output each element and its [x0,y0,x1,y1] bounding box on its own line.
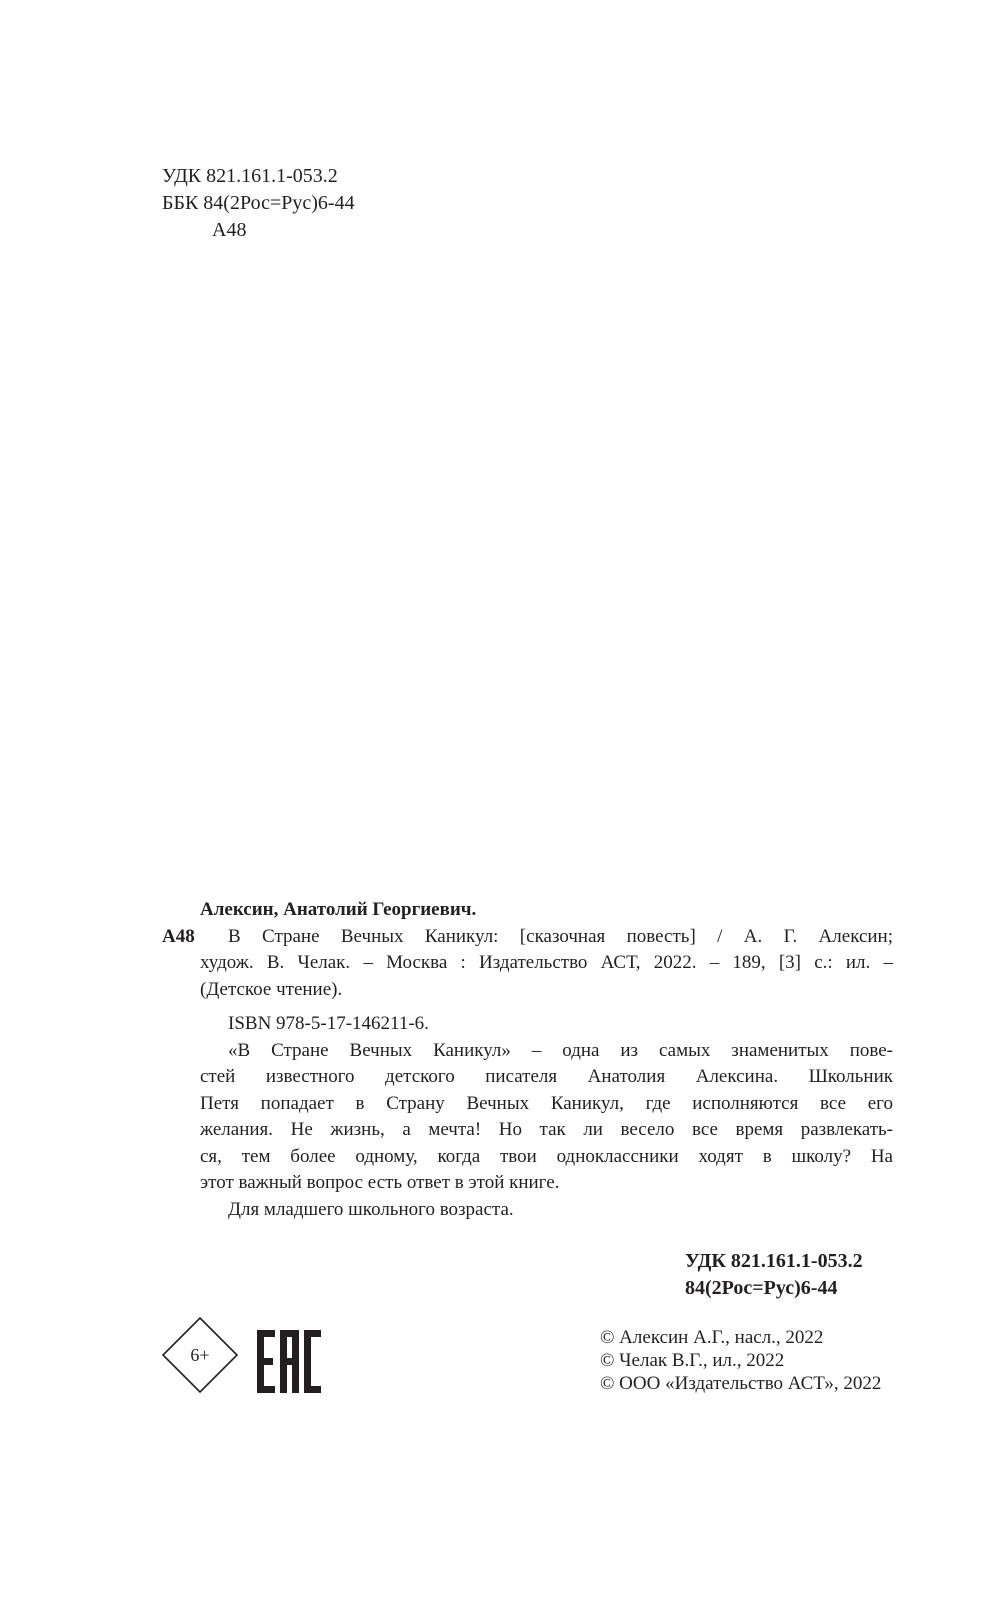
audience-note: Для младшего школьного возраста. [162,1197,893,1224]
classification-header: УДК 821.161.1-053.2 ББК 84(2Рос=Рус)6-44… [162,163,355,244]
annotation-line: Петя попадает в Страну Вечных Каникул, г… [200,1091,893,1118]
annotation-line: ся, тем более одному, когда твои однокла… [200,1144,893,1171]
udk-code-bottom: УДК 821.161.1-053.2 [685,1248,863,1275]
annotation-line: этот важный вопрос есть ответ в этой кни… [162,1170,893,1197]
author-mark: А48 [162,217,355,244]
bbk-code: ББК 84(2Рос=Рус)6-44 [162,190,355,217]
series-line: (Детское чтение). [162,977,893,1004]
title-line: худож. В. Челак. – Москва : Издательство… [200,950,893,977]
age-rating-mark: 6+ [162,1317,238,1393]
bibliographic-record: Алексин, Анатолий Георгиевич. А48 В Стра… [162,897,893,1223]
isbn: ISBN 978-5-17-146211-6. [162,1011,893,1038]
bbk-code-bottom: 84(2Рос=Рус)6-44 [685,1275,863,1302]
title-line: В Стране Вечных Каникул: [сказочная пове… [162,924,893,951]
copyright-line: © ООО «Издательство АСТ», 2022 [600,1372,881,1395]
annotation-line: желания. Не жизнь, а мечта! Но так ли ве… [200,1117,893,1144]
copyright-line: © Алексин А.Г., насл., 2022 [600,1326,881,1349]
copyright-line: © Челак В.Г., ил., 2022 [600,1349,881,1372]
copyright-block: © Алексин А.Г., насл., 2022 © Челак В.Г.… [600,1326,881,1395]
classification-footer: УДК 821.161.1-053.2 84(2Рос=Рус)6-44 [685,1248,863,1302]
age-rating-label: 6+ [162,1317,238,1393]
eac-icon [257,1330,321,1393]
udk-code: УДК 821.161.1-053.2 [162,163,355,190]
author-mark-code: А48 [162,924,195,951]
author-name: Алексин, Анатолий Георгиевич. [162,897,893,924]
annotation-line: «В Стране Вечных Каникул» – одна из самы… [162,1038,893,1065]
annotation-line: стей известного детского писателя Анатол… [200,1064,893,1091]
